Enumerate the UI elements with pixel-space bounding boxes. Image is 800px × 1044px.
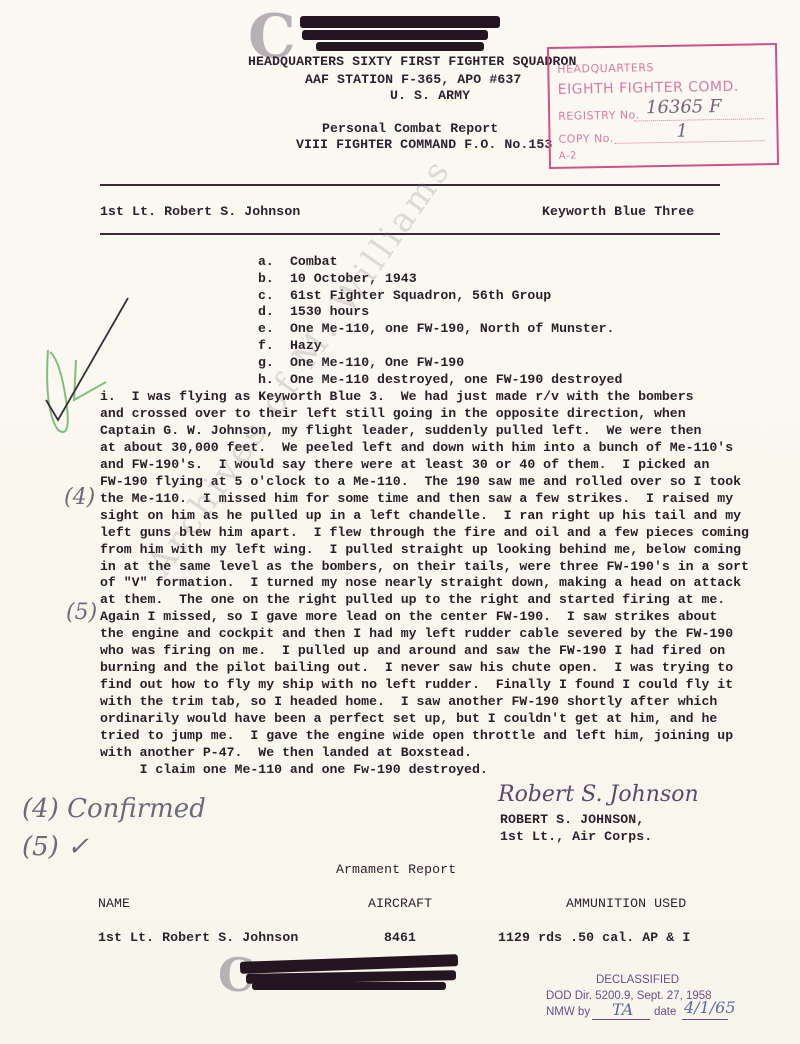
narrative-line: I claim one Me-110 and one Fw-190 destro… — [100, 762, 488, 777]
redaction-bar — [302, 30, 488, 40]
registry-stamp: HEADQUARTERS EIGHTH FIGHTER COMD. REGIST… — [547, 43, 779, 169]
narrative-line: tried to jump me. I gave the engine wide… — [100, 728, 733, 743]
margin-note-4: (4) — [64, 485, 95, 510]
armament-name: 1st Lt. Robert S. Johnson — [98, 930, 298, 945]
item-value: One Me-110 destroyed, one FW-190 destroy… — [290, 372, 622, 387]
declassified-by-initials: TA — [612, 1000, 633, 1019]
stamp-registry-label: REGISTRY No. — [558, 108, 640, 122]
declassified-date-label: date — [654, 1006, 676, 1018]
redaction-bar — [252, 982, 446, 990]
narrative-line: at them. The one on the right pulled up … — [100, 592, 725, 607]
narrative-line: ordinarily would have been a perfect set… — [100, 711, 717, 726]
pilot-callsign: Keyworth Blue Three — [542, 204, 694, 219]
stamp-hq: HEADQUARTERS — [557, 61, 654, 76]
header-army: U. S. ARMY — [390, 88, 470, 103]
redaction-bar — [300, 16, 500, 28]
armament-ammunition: 1129 rds .50 cal. AP & I — [498, 930, 690, 945]
handwritten-signature: Robert S. Johnson — [498, 782, 699, 807]
report-title: Personal Combat Report — [322, 121, 498, 136]
item-letter: g. — [258, 355, 274, 370]
narrative-line: burning and the pilot bailing out. I nev… — [100, 660, 733, 675]
stamp-copy-label: COPY No. — [558, 132, 613, 146]
narrative-line: who was firing on me. I pulled up and ar… — [100, 643, 725, 658]
narrative-line: find out how to fly my ship with no left… — [100, 677, 733, 692]
narrative-line: and FW-190's. I would say there were at … — [100, 457, 709, 472]
narrative-line: in at the same level as the bombers, on … — [100, 559, 749, 574]
narrative-line: with another P-47. We then landed at Box… — [100, 745, 472, 760]
checkmark-icon — [36, 290, 146, 440]
typed-rank: 1st Lt., Air Corps. — [500, 829, 652, 844]
margin-note-5: (5) — [66, 600, 97, 625]
typed-name: ROBERT S. JOHNSON, — [500, 812, 644, 827]
confirmation-note-5: (5) ✓ — [22, 832, 89, 862]
item-letter: b. — [258, 271, 274, 286]
narrative-line: i. I was flying as Keyworth Blue 3. We h… — [100, 389, 694, 404]
item-letter: e. — [258, 321, 274, 336]
stamp-command: EIGHTH FIGHTER COMD. — [558, 79, 739, 98]
col-header-name: NAME — [98, 896, 130, 911]
redaction-bar — [316, 42, 484, 51]
narrative-line: at about 30,000 feet. We peeled left and… — [100, 440, 733, 455]
confirmation-note-4: (4) Confirmed — [22, 794, 206, 824]
declassified-by-label: NMW by — [546, 1006, 590, 1018]
header-unit: HEADQUARTERS SIXTY FIRST FIGHTER SQUADRO… — [248, 54, 577, 69]
narrative-line: and crossed over to their left still goi… — [100, 406, 686, 421]
narrative-line: with the trim tab, so I headed home. I s… — [100, 694, 717, 709]
registry-number: 16365 F — [646, 96, 722, 118]
armament-title: Armament Report — [336, 862, 456, 877]
narrative-line: Captain G. W. Johnson, my flight leader,… — [100, 423, 701, 438]
item-letter: d. — [258, 304, 274, 319]
document-page: C HEADQUARTERS SIXTY FIRST FIGHTER SQUAD… — [0, 0, 800, 1044]
declassified-date: 4/1/65 — [684, 998, 736, 1017]
stamp-code: A-2 — [559, 151, 577, 162]
item-value: Combat — [290, 254, 337, 269]
report-subtitle: VIII FIGHTER COMMAND F.O. No.153 — [296, 137, 552, 152]
item-letter: a. — [258, 254, 274, 269]
armament-aircraft: 8461 — [384, 930, 416, 945]
col-header-ammunition: AMMUNITION USED — [566, 896, 686, 911]
narrative-line: of "V" formation. I turned my nose nearl… — [100, 575, 741, 590]
header-station: AAF STATION F-365, APO #637 — [305, 72, 521, 87]
copy-number: 1 — [676, 121, 688, 142]
narrative-line: Again I missed, so I gave more lead on t… — [100, 609, 717, 624]
item-letter: c. — [258, 288, 274, 303]
col-header-aircraft: AIRCRAFT — [368, 896, 432, 911]
declassified-label: DECLASSIFIED — [596, 974, 679, 986]
narrative-line: the engine and cockpit and then I had my… — [100, 626, 733, 641]
pilot-name: 1st Lt. Robert S. Johnson — [100, 204, 300, 219]
item-letter: f. — [258, 338, 274, 353]
